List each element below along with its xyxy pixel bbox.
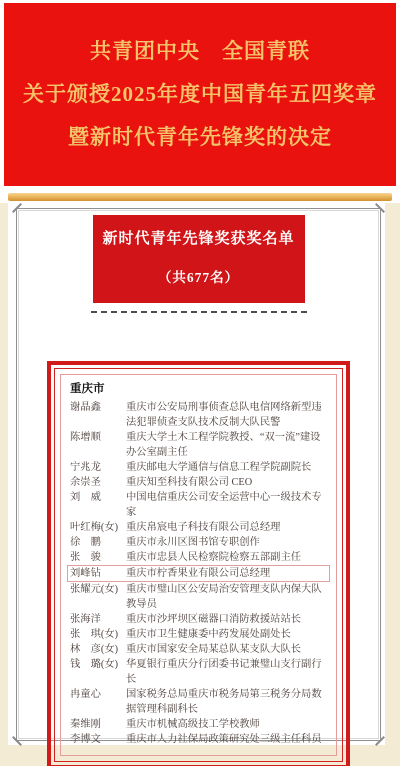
award-entry-row: 陈增顺重庆大学土木工程学院教授、“双一流”建设办公室副主任: [70, 430, 327, 460]
gold-divider-bar: [8, 193, 392, 201]
awardee-title: 华夏银行重庆分行团委书记兼璧山支行副行长: [126, 657, 327, 687]
frame-corner-ornament: [12, 203, 22, 213]
award-entry-row: 张海洋重庆市沙坪坝区磁器口消防救援站站长: [70, 612, 327, 627]
award-entry-row: 林 彦(女)重庆市国家安全局某总队某支队大队长: [70, 642, 327, 657]
dashed-divider: [91, 311, 307, 313]
awardee-name: 徐 鹏: [70, 535, 126, 550]
page: 共青团中央 全国青联 关于颁授2025年度中国青年五四奖章 暨新时代青年先锋奖的…: [0, 0, 400, 766]
awardee-list-frame: 重庆市 谢晶鑫重庆市公安局刑事侦查总队电信网络新型违法犯罪侦查支队技术反制大队民…: [47, 361, 350, 766]
awardee-title: 重庆市璧山区公安局治安管理支队内保大队教导员: [126, 582, 327, 612]
awardee-name: 秦维刚: [70, 717, 126, 732]
frame-corner-ornament: [12, 736, 22, 746]
award-entry-row: 宁兆龙重庆邮电大学通信与信息工程学院副院长: [70, 460, 327, 475]
awardee-name: 张海洋: [70, 612, 126, 627]
award-entry-row: 张 琪(女)重庆市卫生健康委中药发展处副处长: [70, 627, 327, 642]
awardee-name: 张 骏: [70, 550, 126, 565]
awardee-name: 钱 璐(女): [70, 657, 126, 687]
awardee-name: 刘 威: [70, 490, 126, 520]
awardee-title: 重庆市柠香果业有限公司总经理: [126, 566, 327, 581]
awardee-name: 冉童心: [70, 687, 126, 717]
announcement-banner: 共青团中央 全国青联 关于颁授2025年度中国青年五四奖章 暨新时代青年先锋奖的…: [4, 3, 396, 186]
award-entry-row: 李博文重庆市人力社保局政策研究处三级主任科员: [70, 732, 327, 747]
awardee-title: 重庆市公安局刑事侦查总队电信网络新型违法犯罪侦查支队技术反制大队民警: [126, 400, 327, 430]
region-header: 重庆市: [70, 381, 327, 397]
awardee-list-frame-inner: 重庆市 谢晶鑫重庆市公安局刑事侦查总队电信网络新型违法犯罪侦查支队技术反制大队民…: [54, 368, 343, 762]
awardee-title: 重庆市国家安全局某总队某支队大队长: [126, 642, 327, 657]
award-entry-row: 张耀元(女)重庆市璧山区公安局治安管理支队内保大队教导员: [70, 582, 327, 612]
awardee-title: 重庆市机械高级技工学校教师: [126, 717, 327, 732]
awardee-title: 重庆邮电大学通信与信息工程学院副院长: [126, 460, 327, 475]
awardee-name: 叶红梅(女): [70, 520, 126, 535]
banner-line-2: 关于颁授2025年度中国青年五四奖章: [23, 83, 377, 106]
award-list: 谢晶鑫重庆市公安局刑事侦查总队电信网络新型违法犯罪侦查支队技术反制大队民警陈增顺…: [70, 400, 327, 747]
award-entry-row: 刘峰钻重庆市柠香果业有限公司总经理: [67, 565, 330, 582]
awardee-title: 中国电信重庆公司安全运营中心一级技术专家: [126, 490, 327, 520]
awardee-title: 重庆帛宸电子科技有限公司总经理: [126, 520, 327, 535]
awardee-name: 张 琪(女): [70, 627, 126, 642]
awardee-name: 宁兆龙: [70, 460, 126, 475]
awardee-name: 张耀元(女): [70, 582, 126, 612]
awardee-title: 重庆市卫生健康委中药发展处副处长: [126, 627, 327, 642]
awardee-name: 陈增顺: [70, 430, 126, 460]
award-entry-row: 秦维刚重庆市机械高级技工学校教师: [70, 717, 327, 732]
document-area: 新时代青年先锋奖获奖名单 （共677名） 重庆市 谢晶鑫重庆市公安局刑事侦查总队…: [0, 203, 400, 766]
award-list-title: 新时代青年先锋奖获奖名单: [93, 230, 305, 249]
award-entry-row: 刘 威中国电信重庆公司安全运营中心一级技术专家: [70, 490, 327, 520]
awardee-name: 刘峰钻: [70, 566, 126, 581]
awardee-name: 余崇圣: [70, 475, 126, 490]
award-entry-row: 冉童心国家税务总局重庆市税务局第三税务分局数据管理科副科长: [70, 687, 327, 717]
award-entry-row: 徐 鹏重庆市永川区图书馆专职创作: [70, 535, 327, 550]
awardee-title: 重庆知至科技有限公司 CEO: [126, 475, 327, 490]
awardee-name: 李博文: [70, 732, 126, 747]
awardee-title: 国家税务总局重庆市税务局第三税务分局数据管理科副科长: [126, 687, 327, 717]
awardee-name: 林 彦(女): [70, 642, 126, 657]
award-entry-row: 叶红梅(女)重庆帛宸电子科技有限公司总经理: [70, 520, 327, 535]
award-entry-row: 钱 璐(女)华夏银行重庆分行团委书记兼璧山支行副行长: [70, 657, 327, 687]
document-content: 新时代青年先锋奖获奖名单 （共677名） 重庆市 谢晶鑫重庆市公安局刑事侦查总队…: [22, 215, 375, 735]
awardee-title: 重庆大学土木工程学院教授、“双一流”建设办公室副主任: [126, 430, 327, 460]
awardee-list-box: 重庆市 谢晶鑫重庆市公安局刑事侦查总队电信网络新型违法犯罪侦查支队技术反制大队民…: [60, 374, 337, 756]
document-sheet: 新时代青年先锋奖获奖名单 （共677名） 重庆市 谢晶鑫重庆市公安局刑事侦查总队…: [8, 203, 385, 745]
award-entry-row: 张 骏重庆市忠县人民检察院检察五部副主任: [70, 550, 327, 565]
frame-corner-ornament: [375, 203, 385, 213]
awardee-title: 重庆市忠县人民检察院检察五部副主任: [126, 550, 327, 565]
awardee-title: 重庆市人力社保局政策研究处三级主任科员: [126, 732, 327, 747]
awardee-title: 重庆市永川区图书馆专职创作: [126, 535, 327, 550]
banner-line-3: 暨新时代青年先锋奖的决定: [68, 126, 332, 149]
awardee-name: 谢晶鑫: [70, 400, 126, 430]
frame-corner-ornament: [375, 736, 385, 746]
award-title-badge: 新时代青年先锋奖获奖名单 （共677名）: [93, 215, 305, 303]
award-entry-row: 谢晶鑫重庆市公安局刑事侦查总队电信网络新型违法犯罪侦查支队技术反制大队民警: [70, 400, 327, 430]
award-count: （共677名）: [93, 266, 305, 286]
award-entry-row: 余崇圣重庆知至科技有限公司 CEO: [70, 475, 327, 490]
banner-line-1: 共青团中央 全国青联: [90, 40, 310, 63]
awardee-title: 重庆市沙坪坝区磁器口消防救援站站长: [126, 612, 327, 627]
